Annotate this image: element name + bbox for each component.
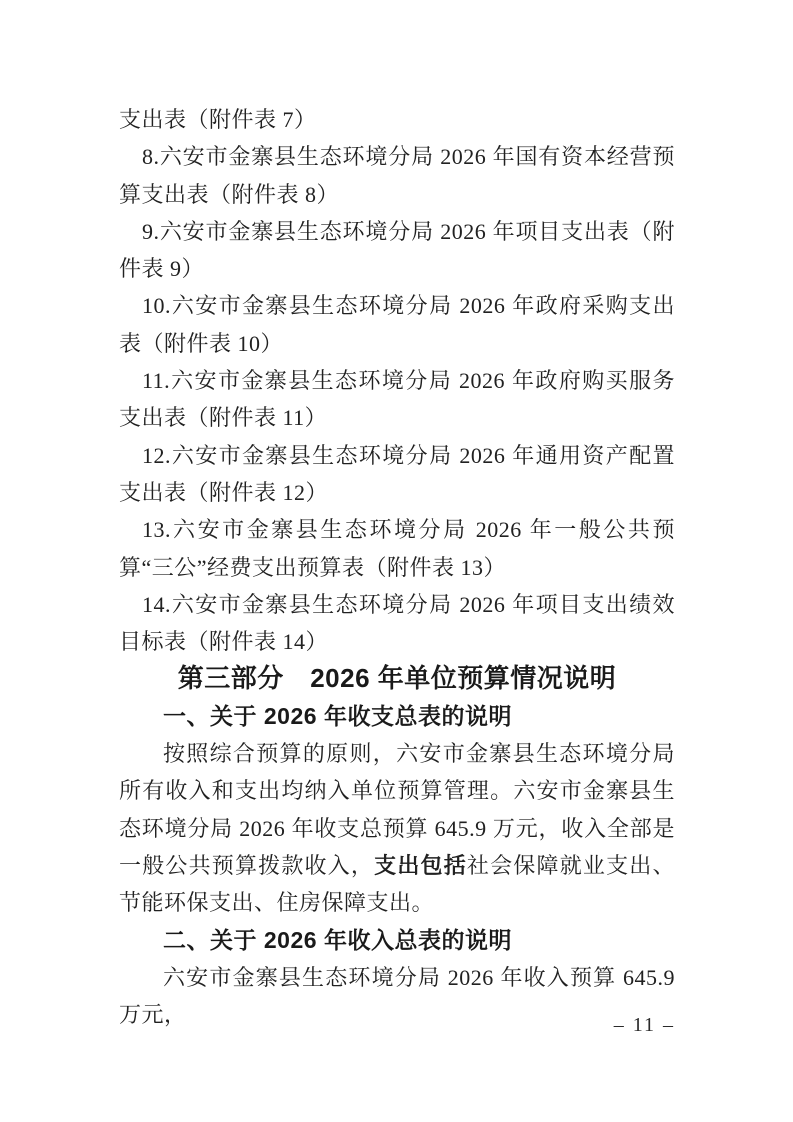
- document-paragraph: 14.六安市金寨县生态环境分局 2026 年项目支出绩效目标表（附件表 14）: [119, 586, 675, 661]
- text-run: 13.六安市金寨县生态环境分局 2026 年一般公共预算“三公”经费支出预算表（…: [119, 517, 675, 579]
- document-paragraph: 8.六安市金寨县生态环境分局 2026 年国有资本经营预算支出表（附件表 8）: [119, 138, 675, 213]
- text-run: 10.六安市金寨县生态环境分局 2026 年政府采购支出表（附件表 10）: [119, 293, 675, 355]
- document-paragraph: 12.六安市金寨县生态环境分局 2026 年通用资产配置支出表（附件表 12）: [119, 437, 675, 512]
- text-run: 8.六安市金寨县生态环境分局 2026 年国有资本经营预算支出表（附件表 8）: [119, 144, 675, 206]
- bold-text-run: 第三部分 2026 年单位预算情况说明: [178, 663, 617, 693]
- subsection-heading: 一、关于 2026 年收支总表的说明: [119, 698, 675, 735]
- text-run: 六安市金寨县生态环境分局 2026 年收入预算 645.9 万元，: [119, 965, 681, 1027]
- document-paragraph: 11.六安市金寨县生态环境分局 2026 年政府购买服务支出表（附件表 11）: [119, 362, 675, 437]
- text-run: 14.六安市金寨县生态环境分局 2026 年项目支出绩效目标表（附件表 14）: [119, 592, 675, 654]
- document-page: 支出表（附件表 7）8.六安市金寨县生态环境分局 2026 年国有资本经营预算支…: [0, 0, 793, 1122]
- document-paragraph: 13.六安市金寨县生态环境分局 2026 年一般公共预算“三公”经费支出预算表（…: [119, 511, 675, 586]
- page-number: – 11 –: [614, 1014, 675, 1037]
- document-paragraph: 10.六安市金寨县生态环境分局 2026 年政府采购支出表（附件表 10）: [119, 287, 675, 362]
- document-body: 支出表（附件表 7）8.六安市金寨县生态环境分局 2026 年国有资本经营预算支…: [119, 101, 675, 1033]
- text-run: 支出表（附件表 7）: [119, 107, 317, 132]
- document-paragraph: 9.六安市金寨县生态环境分局 2026 年项目支出表（附件表 9）: [119, 213, 675, 288]
- document-paragraph: 按照综合预算的原则，六安市金寨县生态环境分局所有收入和支出均纳入单位预算管理。六…: [119, 735, 675, 921]
- text-run: 12.六安市金寨县生态环境分局 2026 年通用资产配置支出表（附件表 12）: [119, 443, 675, 505]
- bold-text-run: 二、关于 2026 年收入总表的说明: [163, 927, 512, 953]
- document-paragraph: 支出表（附件表 7）: [119, 101, 675, 138]
- subsection-heading: 二、关于 2026 年收入总表的说明: [119, 922, 675, 959]
- text-run: 11.六安市金寨县生态环境分局 2026 年政府购买服务支出表（附件表 11）: [119, 368, 675, 430]
- bold-text-run: 支出包括: [374, 853, 467, 878]
- bold-text-run: 一、关于 2026 年收支总表的说明: [163, 703, 512, 729]
- text-run: 9.六安市金寨县生态环境分局 2026 年项目支出表（附件表 9）: [119, 219, 675, 281]
- document-paragraph: 六安市金寨县生态环境分局 2026 年收入预算 645.9 万元，: [119, 959, 675, 1034]
- section-heading: 第三部分 2026 年单位预算情况说明: [119, 660, 675, 697]
